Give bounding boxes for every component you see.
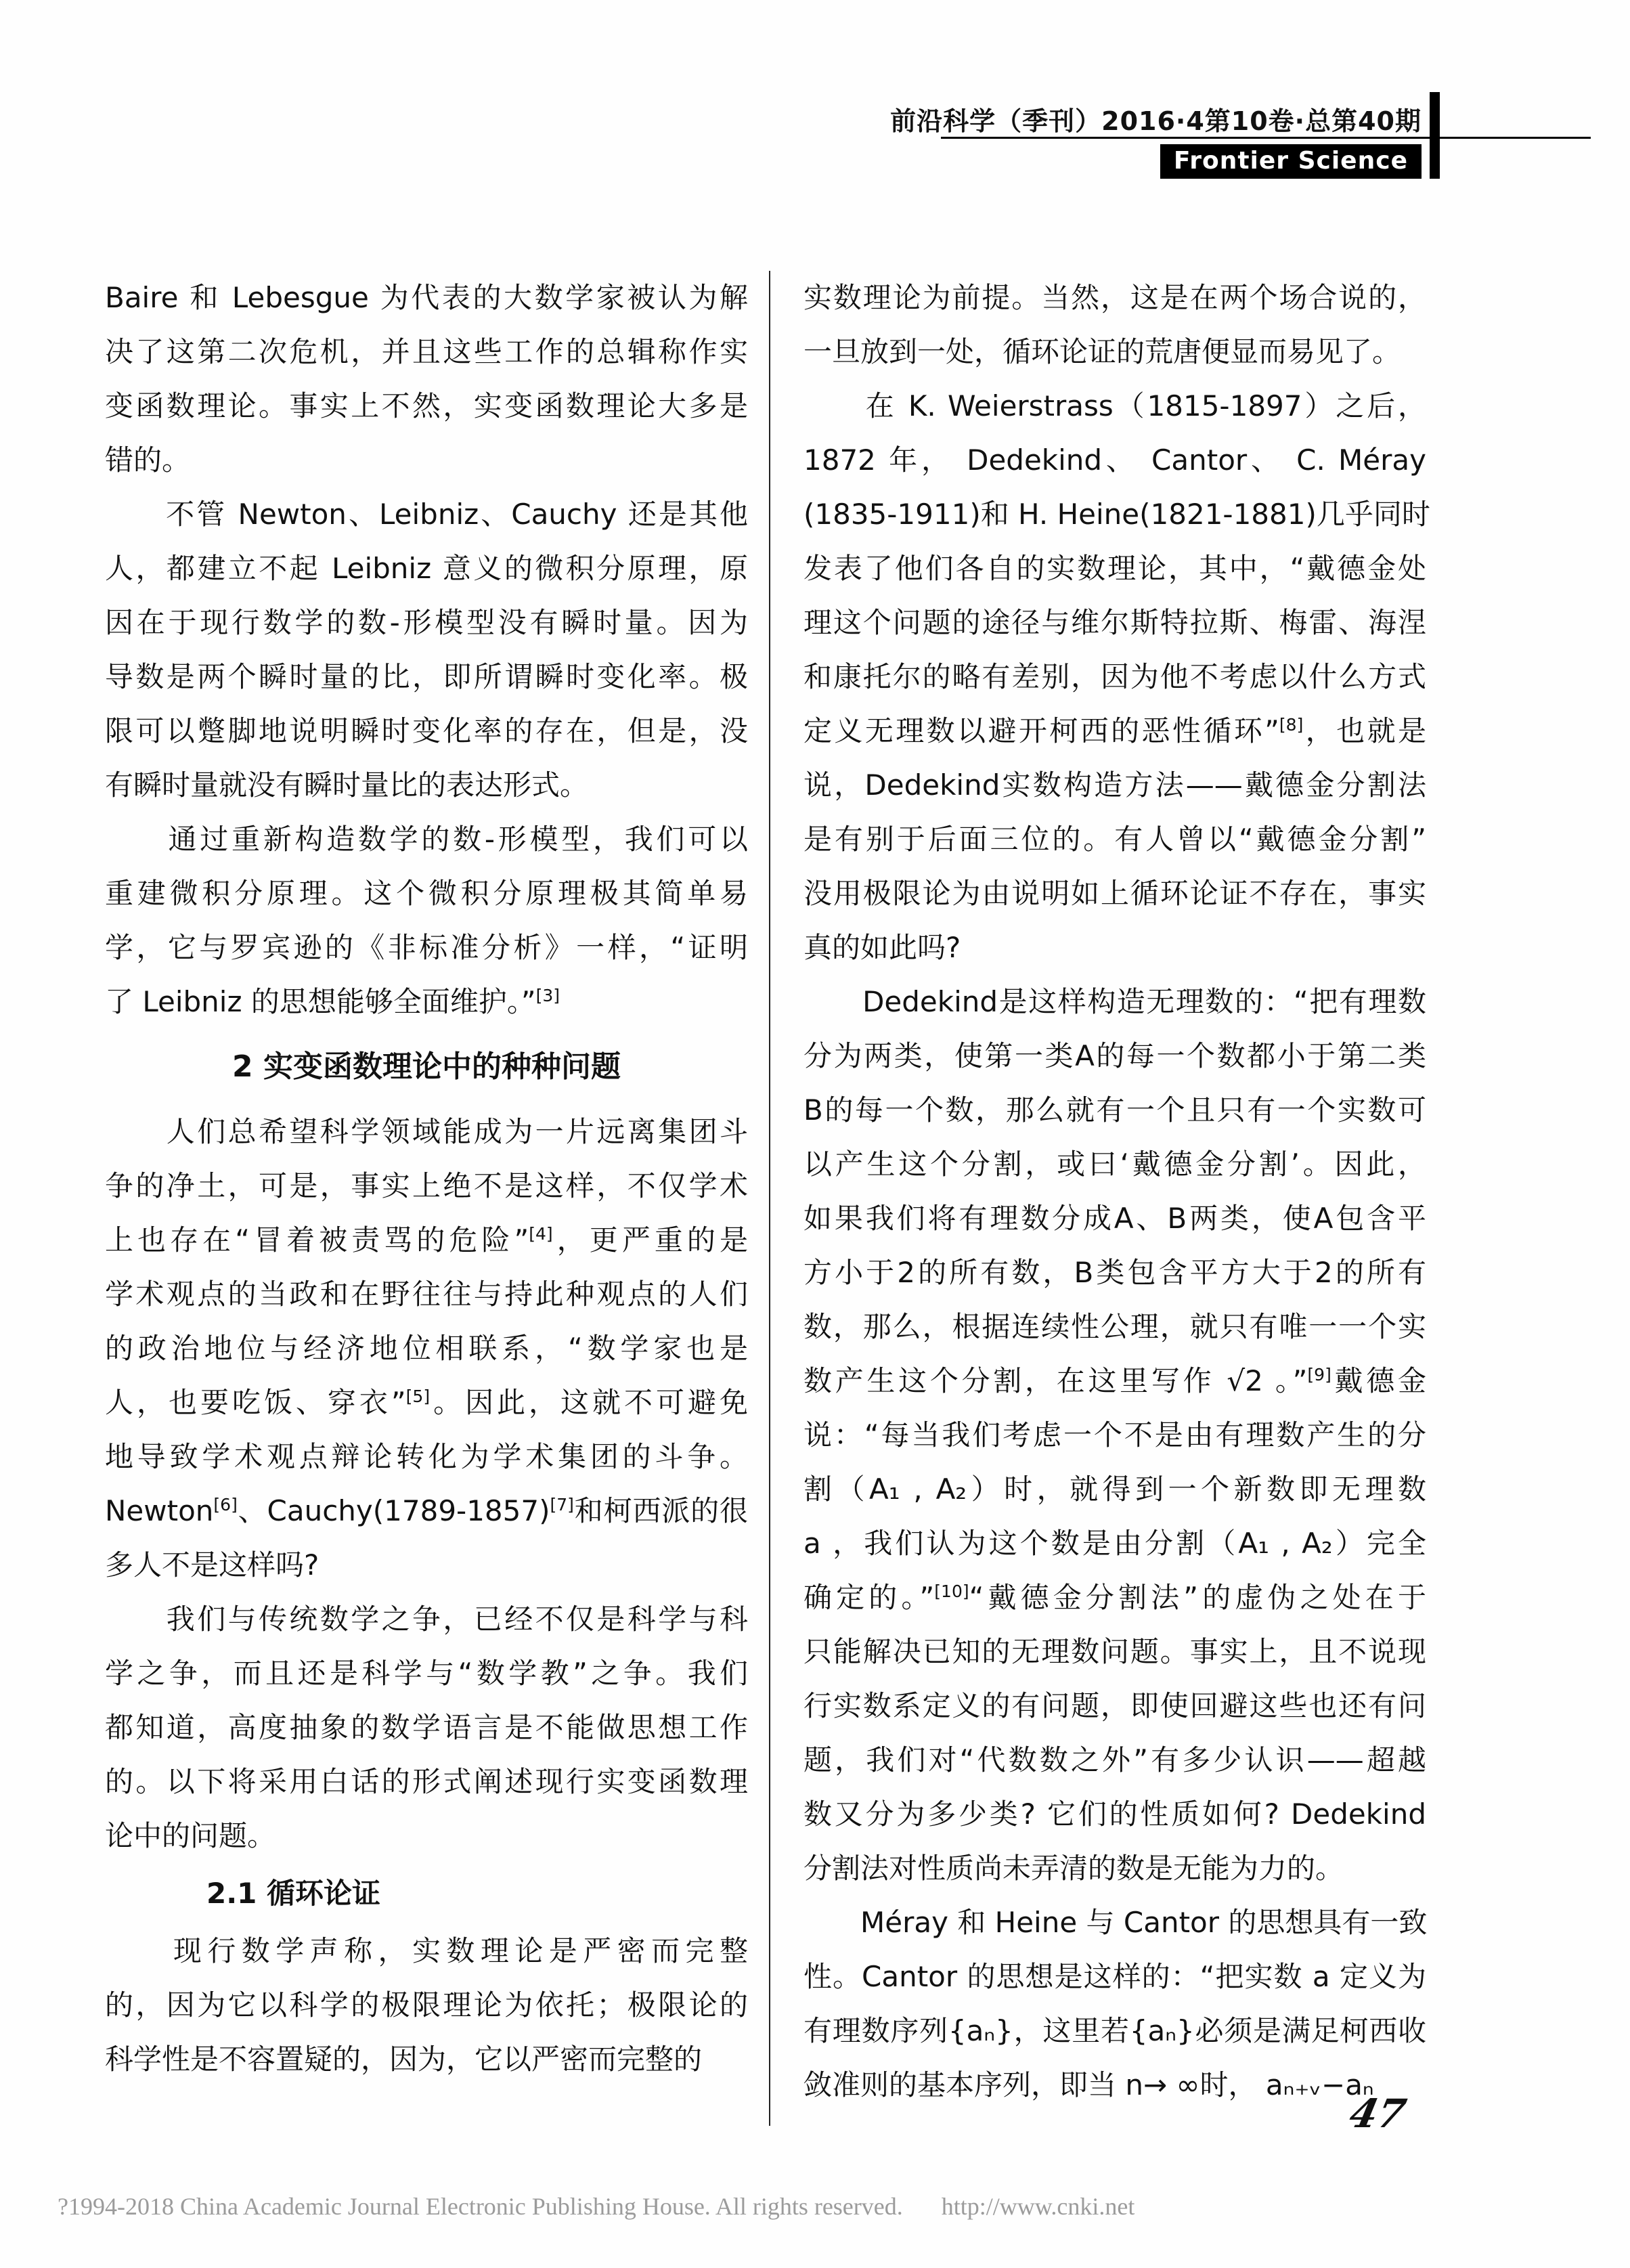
text-line: 现行数学声称，实数理论是严密而完整 [105,1924,748,1978]
text-line: 人们总希望科学领域能成为一片远离集团斗 [105,1105,748,1159]
text-line: 科学性是不容置疑的，因为，它以严密而完整的 [105,2032,748,2087]
text-line: Newton[6]、Cauchy(1789-1857)[7]和柯西派的很 [105,1484,748,1538]
text-line: 人，也要吃饭、穿衣”[5]。因此，这就不可避免 [105,1376,748,1430]
text-line: 理这个问题的途径与维尔斯特拉斯、梅雷、海涅 [803,596,1426,650]
text-line: 争的净土，可是，事实上绝不是这样，不仅学术 [105,1159,748,1213]
reference-marker: [5] [406,1387,430,1406]
text-line: 通过重新构造数学的数-形模型，我们可以 [105,812,748,867]
text-line: 说，Dedekind实数构造方法——戴德金分割法 [803,758,1426,812]
text-line: 上也存在“冒着被责骂的危险”[4]，更严重的是 [105,1213,748,1267]
text-line: 和康托尔的略有差别，因为他不考虑以什么方式 [803,650,1426,704]
text-line: 限可以蹩脚地说明瞬时变化率的存在，但是，没 [105,704,748,758]
text-line: 敛准则的基本序列，即当 n→ ∞时， aₙ₊ᵥ−aₙ [803,2058,1426,2112]
text-line: 的，因为它以科学的极限理论为依托；极限论的 [105,1978,748,2032]
text-line: Dedekind是这样构造无理数的：“把有理数 [803,975,1426,1029]
footer-url: http://www.cnki.net [942,2193,1135,2220]
reference-marker: [8] [1279,715,1303,735]
text-line: 论中的问题。 [105,1809,748,1863]
text-line: 割（A₁ , A₂）时，就得到一个新数即无理数 [803,1462,1426,1517]
text-line: 实数理论为前提。当然，这是在两个场合说的， [803,271,1426,325]
text-line: a ，我们认为这个数是由分割（A₁ , A₂）完全 [803,1517,1426,1571]
text-line: 多人不是这样吗? [105,1538,748,1592]
text-line: 数又分为多少类? 它们的性质如何? Dedekind [803,1787,1426,1841]
journal-page: 前沿科学（季刊）2016·4第10卷·总第40期 Frontier Scienc… [0,0,1630,2268]
paragraph: 现行数学声称，实数理论是严密而完整的，因为它以科学的极限理论为依托；极限论的科学… [105,1924,748,2087]
text-line: 是有别于后面三位的。有人曾以“戴德金分割” [803,812,1426,867]
text-line: 方小于2的所有数，B类包含平方大于2的所有 [803,1246,1426,1300]
paragraph: 人们总希望科学领域能成为一片远离集团斗争的净土，可是，事实上绝不是这样，不仅学术… [105,1105,748,1592]
text-line: 在 K. Weierstrass（1815-1897）之后， [803,379,1426,433]
text-line: 都知道，高度抽象的数学语言是不能做思想工作 [105,1701,748,1755]
text-line: 以产生这个分割，或曰‘戴德金分割’。因此， [803,1137,1426,1192]
text-line: 数产生这个分割，在这里写作 √2 。”[9]戴德金 [803,1354,1426,1408]
text-line: 数，那么，根据连续性公理，就只有唯一一个实 [803,1300,1426,1354]
text-line: 学术观点的当政和在野往往与持此种观点的人们 [105,1267,748,1322]
right-column: 实数理论为前提。当然，这是在两个场合说的，一旦放到一处，循环论证的荒唐便显而易见… [803,271,1426,2112]
text-line: 我们与传统数学之争，已经不仅是科学与科 [105,1592,748,1647]
column-divider [769,271,770,2126]
text-line: 不管 Newton、Leibniz、Cauchy 还是其他 [105,487,748,542]
subsection-heading: 2.1 循环论证 [105,1863,748,1924]
page-number: 47 [1346,2091,1410,2137]
text-line: 一旦放到一处，循环论证的荒唐便显而易见了。 [803,325,1426,379]
left-column: Baire 和 Lebesgue 为代表的大数学家被认为解决了这第二次危机，并且… [105,271,748,2087]
text-line: 重建微积分原理。这个微积分原理极其简单易 [105,867,748,921]
text-line: 的政治地位与经济地位相联系，“数学家也是 [105,1322,748,1376]
reference-marker: [9] [1307,1365,1331,1384]
footer-copyright: ?1994-2018 China Academic Journal Electr… [58,2193,903,2220]
text-line: 性。Cantor 的思想是这样的：“把实数 a 定义为 [803,1950,1426,2004]
header-vertical-bar [1430,92,1440,179]
text-line: 1872 年， Dedekind、 Cantor、 C. Méray [803,433,1426,487]
text-line: Méray 和 Heine 与 Cantor 的思想具有一致 [803,1896,1426,1950]
footer: ?1994-2018 China Academic Journal Electr… [58,2192,1135,2221]
text-line: 了 Leibniz 的思想能够全面维护。”[3] [105,975,748,1029]
text-line: 人，都建立不起 Leibniz 意义的微积分原理，原 [105,542,748,596]
section-heading: 2 实变函数理论中的种种问题 [105,1029,748,1105]
text-line: 真的如此吗? [803,921,1426,975]
text-line: 决了这第二次危机，并且这些工作的总辑称作实 [105,325,748,379]
text-line: 行实数系定义的有问题，即使回避这些也还有问 [803,1679,1426,1733]
reference-marker: [4] [529,1224,552,1244]
text-line: (1835-1911)和 H. Heine(1821-1881)几乎同时 [803,487,1426,542]
text-line: 分割法对性质尚未弄清的数是无能为力的。 [803,1841,1426,1896]
text-line: 学，它与罗宾逊的《非标准分析》一样，“证明 [105,921,748,975]
text-line: 的。以下将采用白话的形式阐述现行实变函数理 [105,1755,748,1809]
paragraph: 不管 Newton、Leibniz、Cauchy 还是其他人，都建立不起 Lei… [105,487,748,812]
journal-info: 前沿科学（季刊）2016·4第10卷·总第40期 [890,100,1422,137]
reference-marker: [10] [934,1582,969,1601]
header-rule [941,137,1591,139]
text-line: 说：“每当我们考虑一个不是由有理数产生的分 [803,1408,1426,1462]
journal-name-en-badge: Frontier Science [1160,144,1422,179]
paragraph: Dedekind是这样构造无理数的：“把有理数分为两类，使第一类A的每一个数都小… [803,975,1426,1896]
paragraph: 在 K. Weierstrass（1815-1897）之后，1872 年， De… [803,379,1426,975]
text-line: 分为两类，使第一类A的每一个数都小于第二类 [803,1029,1426,1083]
text-line: 没用极限论为由说明如上循环论证不存在，事实 [803,867,1426,921]
text-line: 有理数序列{aₙ}，这里若{aₙ}必须是满足柯西收 [803,2004,1426,2058]
text-line: B的每一个数，那么就有一个且只有一个实数可 [803,1083,1426,1137]
reference-marker: [3] [536,986,560,1005]
text-line: 确定的。”[10]“戴德金分割法”的虚伪之处在于 [803,1571,1426,1625]
text-line: 变函数理论。事实上不然，实变函数理论大多是 [105,379,748,433]
paragraph: 实数理论为前提。当然，这是在两个场合说的，一旦放到一处，循环论证的荒唐便显而易见… [803,271,1426,379]
paragraph: 通过重新构造数学的数-形模型，我们可以重建微积分原理。这个微积分原理极其简单易学… [105,812,748,1029]
reference-marker: [7] [550,1495,573,1514]
text-line: 导数是两个瞬时量的比，即所谓瞬时变化率。极 [105,650,748,704]
text-line: 只能解决已知的无理数问题。事实上，且不说现 [803,1625,1426,1679]
text-line: Baire 和 Lebesgue 为代表的大数学家被认为解 [105,271,748,325]
text-line: 因在于现行数学的数-形模型没有瞬时量。因为 [105,596,748,650]
text-line: 发表了他们各自的实数理论，其中，“戴德金处 [803,542,1426,596]
reference-marker: [6] [213,1495,237,1514]
paragraph: Baire 和 Lebesgue 为代表的大数学家被认为解决了这第二次危机，并且… [105,271,748,487]
paragraph: 我们与传统数学之争，已经不仅是科学与科学之争，而且还是科学与“数学教”之争。我们… [105,1592,748,1863]
text-line: 错的。 [105,433,748,487]
text-line: 学之争，而且还是科学与“数学教”之争。我们 [105,1647,748,1701]
text-line: 题，我们对“代数数之外”有多少认识——超越 [803,1733,1426,1787]
text-line: 定义无理数以避开柯西的恶性循环”[8]，也就是 [803,704,1426,758]
text-line: 如果我们将有理数分成A、B两类，使A包含平 [803,1192,1426,1246]
paragraph: Méray 和 Heine 与 Cantor 的思想具有一致性。Cantor 的… [803,1896,1426,2112]
text-line: 有瞬时量就没有瞬时量比的表达形式。 [105,758,748,812]
text-line: 地导致学术观点辩论转化为学术集团的斗争。 [105,1430,748,1484]
